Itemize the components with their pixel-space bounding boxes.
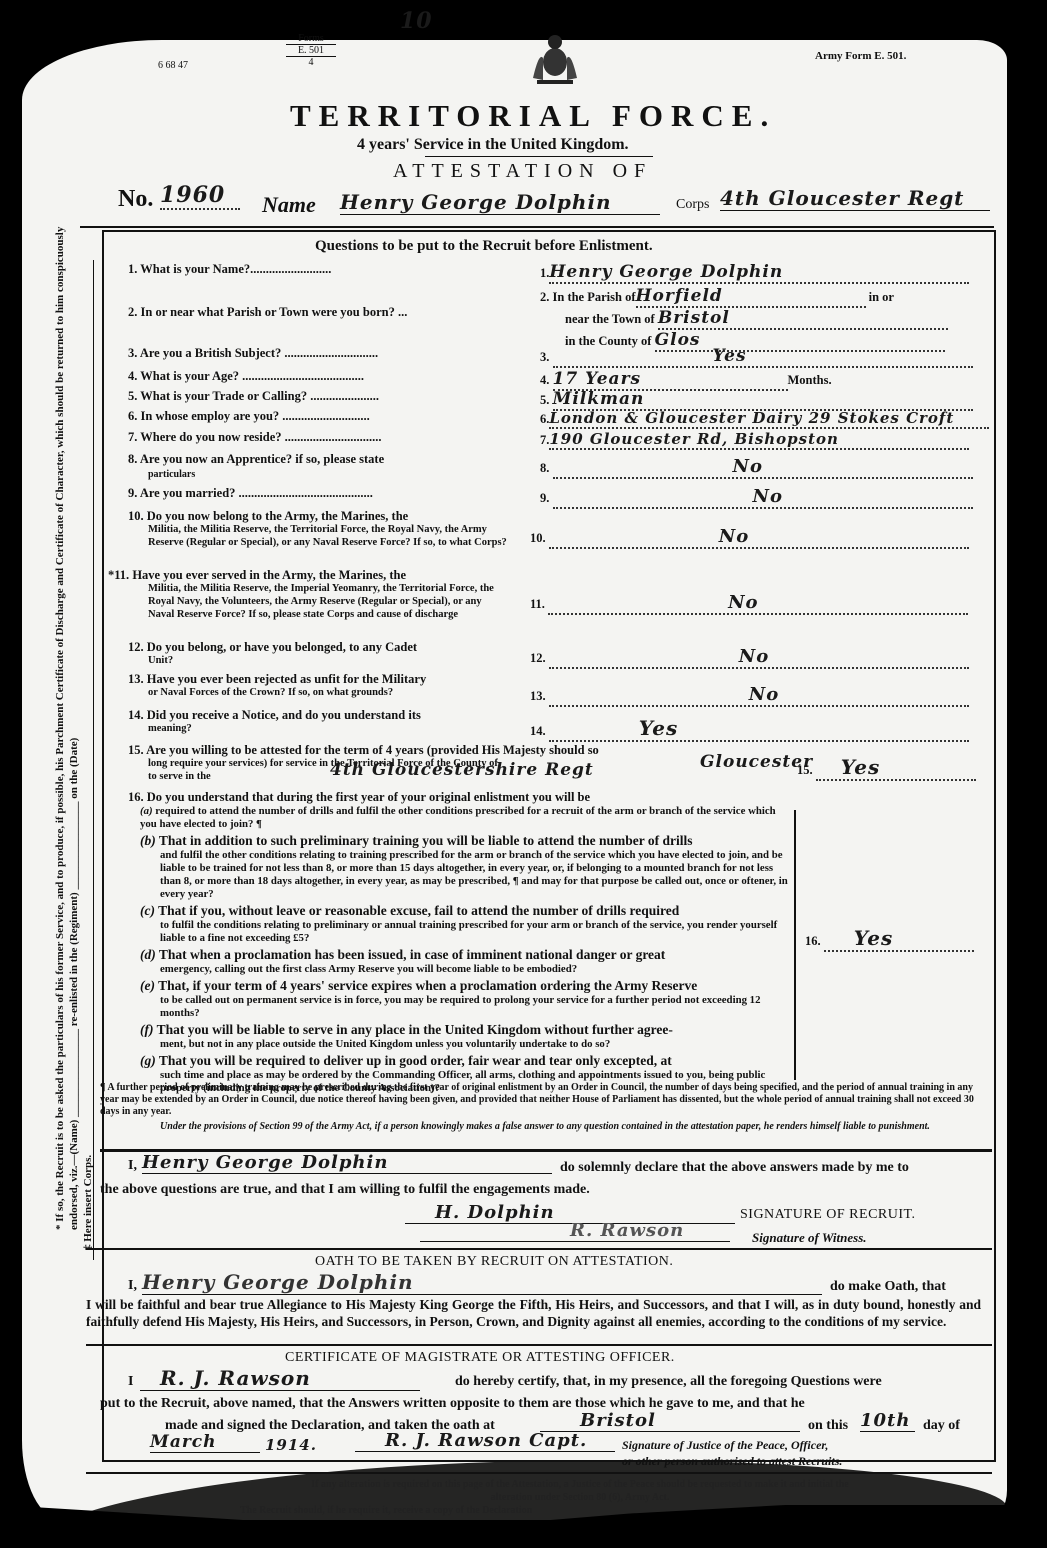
- recruit-signature-label: SIGNATURE OF RECRUIT.: [740, 1207, 916, 1223]
- margin-note-2: endorsed, viz.—(Name) ________________ r…: [68, 738, 80, 1230]
- declaration-text-1: do solemnly declare that the above answe…: [560, 1160, 909, 1176]
- answer-6: 6.London & Gloucester Dairy 29 Stokes Cr…: [540, 409, 989, 429]
- top-mark: 10: [400, 8, 433, 34]
- certificate-year: 1914.: [265, 1436, 317, 1454]
- divider: [80, 226, 994, 228]
- answer-13: 13. No: [530, 684, 969, 707]
- name-field[interactable]: Henry George Dolphin: [340, 190, 660, 215]
- question-9: 9. Are you married? ....................…: [128, 486, 373, 500]
- sig-label-2: or other person authorised to attest Rec…: [622, 1453, 842, 1469]
- oath-prefix: I,: [128, 1278, 137, 1294]
- corps-field[interactable]: 4th Gloucester Regt: [720, 186, 990, 211]
- question-8: 8. Are you now an Apprentice? if so, ple…: [128, 452, 508, 482]
- page-subtitle: 4 years' Service in the United Kingdom.: [357, 136, 629, 154]
- certificate-day-of: day of: [923, 1418, 960, 1434]
- declaration-text-2: the above questions are true, and that I…: [100, 1182, 590, 1198]
- answer-7: 7.190 Gloucester Rd, Bishopston: [540, 430, 969, 450]
- question-10: 10. Do you now belong to the Army, the M…: [128, 509, 508, 549]
- q16-items: (a) required to attend the number of dri…: [140, 805, 790, 1095]
- divider: [86, 1344, 992, 1346]
- margin-date-label: on the (Date): [68, 738, 80, 799]
- answer-2-town: near the Town of Bristol: [565, 308, 995, 330]
- question-4: 4. What is your Age? ...................…: [128, 369, 364, 383]
- q16-item-a: (a) required to attend the number of dri…: [140, 805, 790, 831]
- question-3: 3. Are you a British Subject? ..........…: [128, 346, 378, 360]
- q16-bracket: [794, 810, 796, 1080]
- declaration-name-field[interactable]: Henry George Dolphin: [142, 1152, 552, 1174]
- margin-divider: [93, 260, 94, 1260]
- royal-coat-of-arms-icon: [525, 28, 585, 88]
- margin-name-label: endorsed, viz.—(Name): [68, 1120, 80, 1230]
- oath-heading: OATH TO BE TAKEN BY RECRUIT ON ATTESTATI…: [315, 1254, 673, 1270]
- footnote: ¶ A further period of preliminary traini…: [100, 1082, 990, 1118]
- bottom-note-1: If any alteration is required on this pa…: [180, 1478, 980, 1491]
- q15-unit-field[interactable]: 4th Gloucestershire Regt: [330, 760, 594, 780]
- divider: [425, 156, 653, 157]
- witness-signature-field[interactable]: R. Rawson: [420, 1220, 730, 1242]
- certificate-heading: CERTIFICATE OF MAGISTRATE OR ATTESTING O…: [285, 1350, 675, 1366]
- certificate-place-field[interactable]: Bristol: [540, 1410, 800, 1432]
- answer-12-field[interactable]: No: [549, 646, 969, 669]
- answer-14: 14. Yes: [530, 716, 969, 742]
- questions-heading: Questions to be put to the Recruit befor…: [315, 238, 653, 255]
- divider: [86, 1248, 992, 1250]
- answer-2-town-field[interactable]: Bristol: [658, 308, 948, 330]
- answer-1: 1.Henry George Dolphin: [540, 262, 990, 284]
- question-5: 5. What is your Trade or Calling? ......…: [128, 389, 379, 403]
- forms-code: E. 501: [286, 44, 336, 57]
- legal-warning: Under the provisions of Section 99 of th…: [135, 1121, 955, 1133]
- answer-12: 12. No: [530, 646, 969, 669]
- answer-9: 9. No: [540, 486, 973, 509]
- oath-name-field[interactable]: Henry George Dolphin: [142, 1270, 822, 1295]
- question-14: 14. Did you receive a Notice, and do you…: [128, 708, 508, 735]
- sig-label-1: Signature of Justice of the Peace, Offic…: [622, 1437, 842, 1453]
- q16-item-g: (g) That you will be required to deliver…: [140, 1053, 790, 1069]
- certificate-on-this: on this: [808, 1418, 848, 1434]
- answer-11: 11. No: [530, 592, 968, 615]
- name-label: Name: [262, 192, 316, 218]
- q16-item-f-text: ment, but not in any place outside the U…: [140, 1038, 790, 1051]
- margin-regiment-label: re-enlisted in the (Regiment): [68, 892, 80, 1026]
- certificate-day-field[interactable]: 10th: [860, 1410, 915, 1432]
- forms-block: Forms E. 501 4: [286, 33, 336, 68]
- bottom-note-2: alteration under Section 80 (6), Army Ac…: [180, 1491, 980, 1504]
- answer-15: 15. Yes: [797, 755, 976, 781]
- answer-8-field[interactable]: No: [553, 456, 973, 479]
- answer-11-field[interactable]: No: [548, 592, 968, 615]
- attestation-heading: ATTESTATION OF: [393, 160, 652, 183]
- oath-text-2: I will be faithful and bear true Allegia…: [86, 1296, 981, 1330]
- question-16: 16. Do you understand that during the fi…: [128, 790, 798, 804]
- q16-item-b-text: and fulfil the other conditions relating…: [140, 849, 790, 901]
- question-11: *11. Have you ever served in the Army, t…: [108, 568, 508, 621]
- answer-8: 8. No: [540, 456, 973, 479]
- number-label: No.: [118, 186, 153, 213]
- q16-item-d: (d) That when a proclamation has been is…: [140, 947, 790, 963]
- answer-1-field[interactable]: Henry George Dolphin: [549, 262, 969, 284]
- answer-5-field[interactable]: Milkman: [553, 389, 973, 411]
- answer-15-field[interactable]: Yes: [816, 755, 976, 781]
- officer-signature-label: Signature of Justice of the Peace, Offic…: [622, 1437, 842, 1469]
- answer-4: 4. 17 YearsMonths.: [540, 369, 832, 391]
- witness-signature-label: Signature of Witness.: [752, 1230, 867, 1246]
- corps-label: Corps: [676, 197, 709, 213]
- subtitle-text: 4 years' Service in the United Kingdom.: [357, 136, 629, 153]
- corner-ref: 6 68 47: [158, 60, 188, 71]
- certificate-text-1: do hereby certify, that, in my presence,…: [455, 1374, 882, 1390]
- q16-item-e-text: to be called out on permanent service is…: [140, 994, 790, 1020]
- question-6: 6. In whose employ are you? ............…: [128, 409, 370, 423]
- q16-item-c-text: to fulfil the conditions relating to pre…: [140, 919, 790, 945]
- officer-signature-field[interactable]: R. J. Rawson Capt.: [355, 1430, 615, 1452]
- answer-9-field[interactable]: No: [553, 486, 973, 509]
- q16-item-f: (f) That you will be liable to serve in …: [140, 1022, 790, 1038]
- question-7: 7. Where do you now reside? ............…: [128, 430, 382, 444]
- margin-note-1: * If so, the Recruit is to be asked the …: [54, 227, 66, 1230]
- q16-item-e: (e) That, if your term of 4 years' servi…: [140, 978, 790, 994]
- certificate-month-field[interactable]: March: [150, 1432, 260, 1453]
- q16-item-b: (b) That in addition to such preliminary…: [140, 833, 790, 849]
- forms-num: 4: [286, 57, 336, 68]
- answer-16: 16. Yes: [805, 926, 974, 952]
- answer-7-field[interactable]: 190 Gloucester Rd, Bishopston: [549, 430, 969, 450]
- answer-2-parish-field[interactable]: Horfield: [636, 286, 866, 308]
- certificate-prefix: I: [128, 1374, 133, 1390]
- page-title: TERRITORIAL FORCE.: [290, 98, 776, 134]
- declaration-prefix: I,: [128, 1158, 137, 1174]
- oath-text-1: do make Oath, that: [830, 1279, 946, 1295]
- answer-2-parish: 2. In the Parish ofHorfield in or: [540, 286, 995, 308]
- answer-4-field[interactable]: 17 Years: [553, 369, 788, 391]
- q16-item-d-text: emergency, calling out the first class A…: [140, 963, 790, 976]
- answer-3: 3. Yes: [540, 346, 973, 368]
- answer-16-field[interactable]: Yes: [824, 926, 974, 952]
- answer-14-field[interactable]: Yes: [549, 716, 969, 742]
- question-12: 12. Do you belong, or have you belonged,…: [128, 640, 508, 667]
- answer-13-field[interactable]: No: [549, 684, 969, 707]
- question-1: 1. What is your Name?...................…: [128, 262, 331, 276]
- answer-3-field[interactable]: Yes: [553, 346, 973, 368]
- divider: [86, 1472, 992, 1474]
- answer-5: 5. Milkman: [540, 389, 973, 411]
- number-field[interactable]: 1960: [160, 182, 240, 210]
- army-form-number: Army Form E. 501.: [815, 50, 906, 62]
- question-13: 13. Have you ever been rejected as unfit…: [128, 672, 508, 699]
- question-2: 2. In or near what Parish or Town were y…: [128, 305, 407, 319]
- q16-item-c: (c) That if you, without leave or reason…: [140, 903, 790, 919]
- answer-10-field[interactable]: No: [549, 526, 969, 549]
- certificate-officer-field[interactable]: R. J. Rawson: [140, 1366, 420, 1391]
- forms-label: Forms: [286, 33, 336, 44]
- answer-10: 10. No: [530, 526, 969, 549]
- answer-6-field[interactable]: London & Gloucester Dairy 29 Stokes Crof…: [549, 409, 989, 429]
